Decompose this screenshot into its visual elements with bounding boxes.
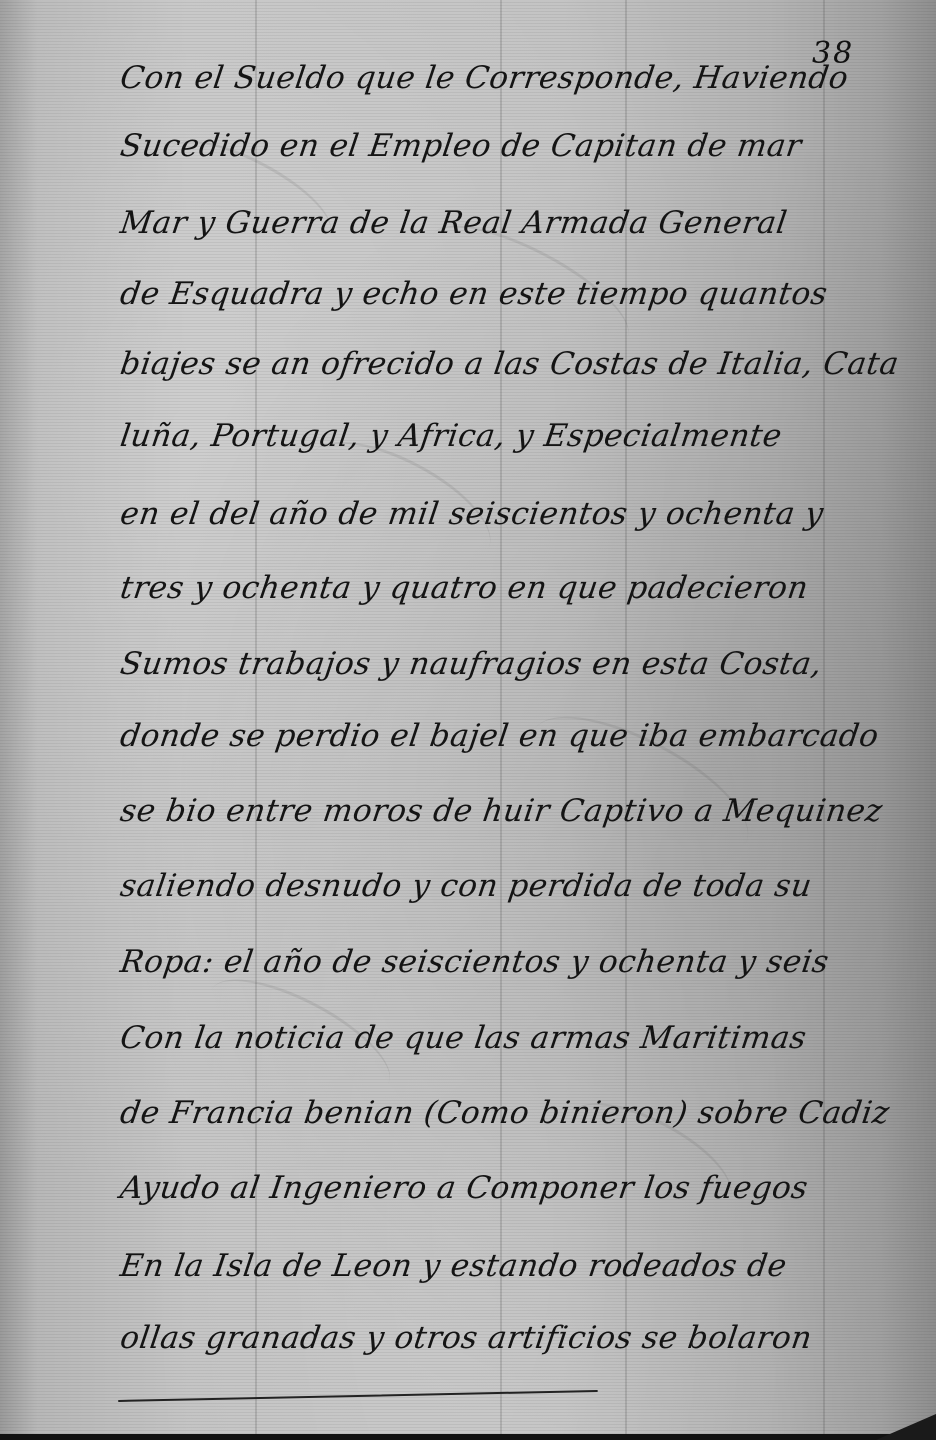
manuscript-line-15: de Francia benian (Como binieron) sobre …	[118, 1095, 892, 1131]
manuscript-line-4: de Esquadra y echo en este tiempo quanto…	[118, 276, 830, 312]
manuscript-line-7: en el del año de mil seiscientos y ochen…	[118, 496, 826, 532]
manuscript-line-18: ollas granadas y otros artificios se bol…	[118, 1320, 814, 1356]
closing-underline	[118, 1390, 598, 1402]
manuscript-line-3: Mar y Guerra de la Real Armada General	[118, 205, 790, 241]
page-corner-fold	[876, 1414, 936, 1440]
manuscript-line-8: tres y ochenta y quatro en que padeciero…	[118, 570, 811, 606]
manuscript-page: 38 Con el Sueldo que le Corresponde, Hav…	[0, 0, 936, 1440]
manuscript-line-10: donde se perdio el bajel en que iba emba…	[118, 718, 881, 754]
manuscript-line-17: En la Isla de Leon y estando rodeados de	[118, 1248, 789, 1284]
manuscript-line-14: Con la noticia de que las armas Maritima…	[118, 1020, 809, 1056]
scan-bottom-edge	[0, 1434, 936, 1440]
manuscript-line-11: se bio entre moros de huir Captivo a Meq…	[118, 793, 885, 829]
manuscript-line-6: luña, Portugal, y Africa, y Especialment…	[118, 418, 784, 454]
manuscript-line-16: Ayudo al Ingeniero a Componer los fuegos	[118, 1170, 810, 1206]
manuscript-line-5: biajes se an ofrecido a las Costas de It…	[118, 346, 901, 382]
manuscript-line-13: Ropa: el año de seiscientos y ochenta y …	[118, 944, 831, 980]
manuscript-line-12: saliendo desnudo y con perdida de toda s…	[118, 868, 814, 904]
manuscript-line-9: Sumos trabajos y naufragios en esta Cost…	[118, 646, 824, 682]
manuscript-line-2: Sucedido en el Empleo de Capitan de mar	[118, 128, 804, 164]
manuscript-line-1: Con el Sueldo que le Corresponde, Havien…	[118, 60, 851, 96]
